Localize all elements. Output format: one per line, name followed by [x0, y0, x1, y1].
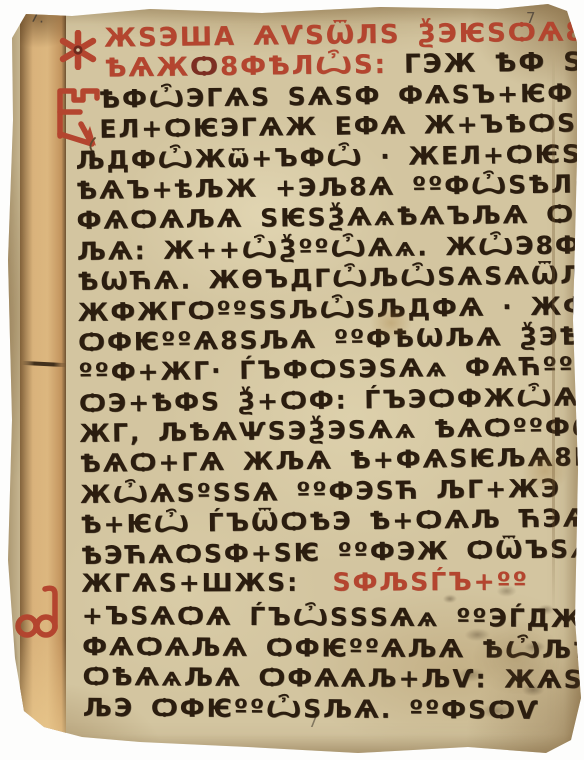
text-run-rubric: 8ФѢЛѼЅ: [220, 50, 404, 82]
folio-number-top-left: 7. [29, 7, 45, 26]
vertical-crease [552, 56, 555, 616]
manuscript-photo: 7. 7 7 ЖЅЭША ѦѴЅѾЛЅ ѮЭѤЅѺѦ8ѣѢѦЖѺ8ФѢЛѼЅ: … [0, 0, 584, 760]
text-run-rubric: ѢѦЖ [104, 53, 190, 84]
text-run-rubric_dark: Ѻ [190, 52, 220, 82]
text-run-ink: ФѦѺѦЉѦ ЅѤЅѮѦѧѢѦЪЉѦ ѺФѦ+ [76, 199, 584, 236]
text-run-ink: Ѣ+ѤѼ ЃЪѾѺѢЭ Ѣ+ѺѦЉ ЋЭѦФ+ºº [80, 502, 584, 539]
text-run-ink: ѢФѼЭГѦЅ ЅѦЅФ ФѦЅЪ+ѤФ [99, 78, 575, 113]
parchment-page: 7. 7 7 ЖЅЭША ѦѴЅѾЛЅ ѮЭѤЅѺѦ8ѣѢѦЖѺ8ФѢЛѼЅ: … [0, 0, 584, 760]
text-run-ink: ѢЭЋѦѺЅФ+ЅѤ ººФЭЖ ѺѾЪЅѧ:· [81, 534, 584, 570]
text-run-ink: ѢѦѺ+ГѦ ЖЉѦ Ѣ+ФѦЅѤЉѦ8Г+ [80, 442, 584, 478]
text-line: ѢЭЋѦѺЅФ+ЅѤ ººФЭЖ ѺѾЪЅѧ:· [81, 534, 584, 571]
text-run-ink: ГЭЖ ѢФ ЅѦѮѪ: [404, 47, 584, 80]
text-run-ink: ЖѼѦЅºЅЅѦ ººФЭЅЋ ЉГ+ЖЭ [80, 474, 561, 509]
parchment-stain [522, 450, 568, 492]
text-run-ink: ѢѠЋѦ. ЖѲЪДГѼЉѼЅѦЅѦѾЉѢѦ· [77, 260, 584, 297]
marginal-initial-icon [12, 582, 74, 640]
text-run-ink: ººФ+ЖГ· ЃЪФѺЅЭЅѦѧ ФѦЋººЧЅ [78, 351, 584, 387]
ink-showthrough-smudge [422, 577, 581, 724]
parchment-stain [370, 306, 412, 340]
text-run-ink: ЉДФѼЖѿ+ЪФѼ · ЖЕЛ+ѺѤЅѦѮ [76, 138, 584, 174]
text-run-ink: ЖГѦЅ+ШЖЅ: [81, 568, 332, 598]
text-run-ink: ЕЛ+ѺѤЭГѦЖ ЕФѦ Ж+ЪѢѺЅЭ [99, 108, 584, 144]
text-run-ink: ЖГ, ЉѢѦѰЅЭѮЭЅѦѧ ѢѦѺººФѼЖ [79, 412, 584, 448]
